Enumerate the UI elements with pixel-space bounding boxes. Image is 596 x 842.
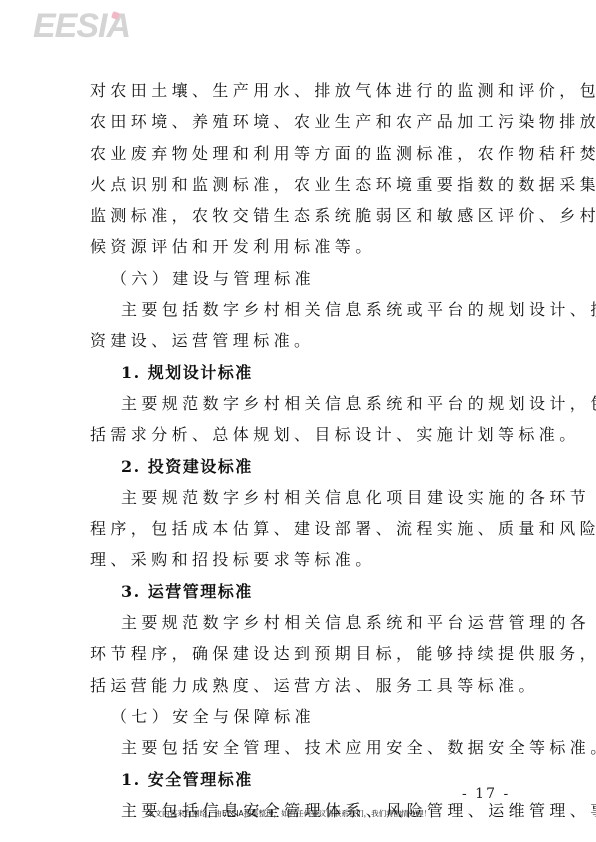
body-line: 主要规范数字乡村相关信息系统和平台的规划设计，包 — [90, 392, 505, 423]
body-line: 火点识别和监测标准，农业生态环境重要指数的数据采集、 — [90, 173, 505, 204]
body-line: 农田环境、养殖环境、农业生产和农产品加工污染物排放、 — [90, 110, 505, 141]
subheading-planning-design: 1. 规划设计标准 — [90, 361, 505, 392]
subheading-security-management: 1. 安全管理标准 — [90, 768, 505, 799]
body-line: 对农田土壤、生产用水、排放气体进行的监测和评价，包括 — [90, 79, 505, 110]
subheading-operation-management: 3. 运营管理标准 — [90, 580, 505, 611]
body-line: 监测标准，农牧交错生态系统脆弱区和敏感区评价、乡村气 — [90, 204, 505, 235]
body-line: 程序，包括成本估算、建设部署、流程实施、质量和风险管 — [90, 517, 505, 548]
body-line: 主要规范数字乡村相关信息化项目建设实施的各环节 — [90, 486, 505, 517]
body-line: 主要包括安全管理、技术应用安全、数据安全等标准。 — [90, 736, 505, 767]
eesia-logo: EESIA — [33, 9, 130, 43]
page-number: - 17 - — [462, 786, 510, 802]
body-line: 农业废弃物处理和利用等方面的监测标准，农作物秸秆焚烧 — [90, 142, 505, 173]
body-line: 主要规范数字乡村相关信息系统和平台运营管理的各 — [90, 611, 505, 642]
body-line: 括运营能力成熟度、运营方法、服务工具等标准。 — [90, 674, 505, 705]
body-line: 括需求分析、总体规划、目标设计、实施计划等标准。 — [90, 423, 505, 454]
body-line: 候资源评估和开发利用标准等。 — [90, 235, 505, 266]
document-body: 对农田土壤、生产用水、排放气体进行的监测和评价，包括 农田环境、养殖环境、农业生… — [90, 79, 505, 830]
body-line: 理、采购和招投标要求等标准。 — [90, 548, 505, 579]
section-heading-construction-management: （六）建设与管理标准 — [90, 267, 505, 298]
subheading-investment-construction: 2. 投资建设标准 — [90, 455, 505, 486]
body-line: 主要包括数字乡村相关信息系统或平台的规划设计、投 — [90, 298, 505, 329]
body-line: 环节程序，确保建设达到预期目标，能够持续提供服务，包 — [90, 642, 505, 673]
body-line: 资建设、运营管理标准。 — [90, 329, 505, 360]
footer-disclaimer: 本文内容来自网络，由EESIA搜集整理，如有任何异议请联系我们，我们将酌情处理！ — [147, 808, 431, 819]
section-heading-security-assurance: （七）安全与保障标准 — [90, 705, 505, 736]
